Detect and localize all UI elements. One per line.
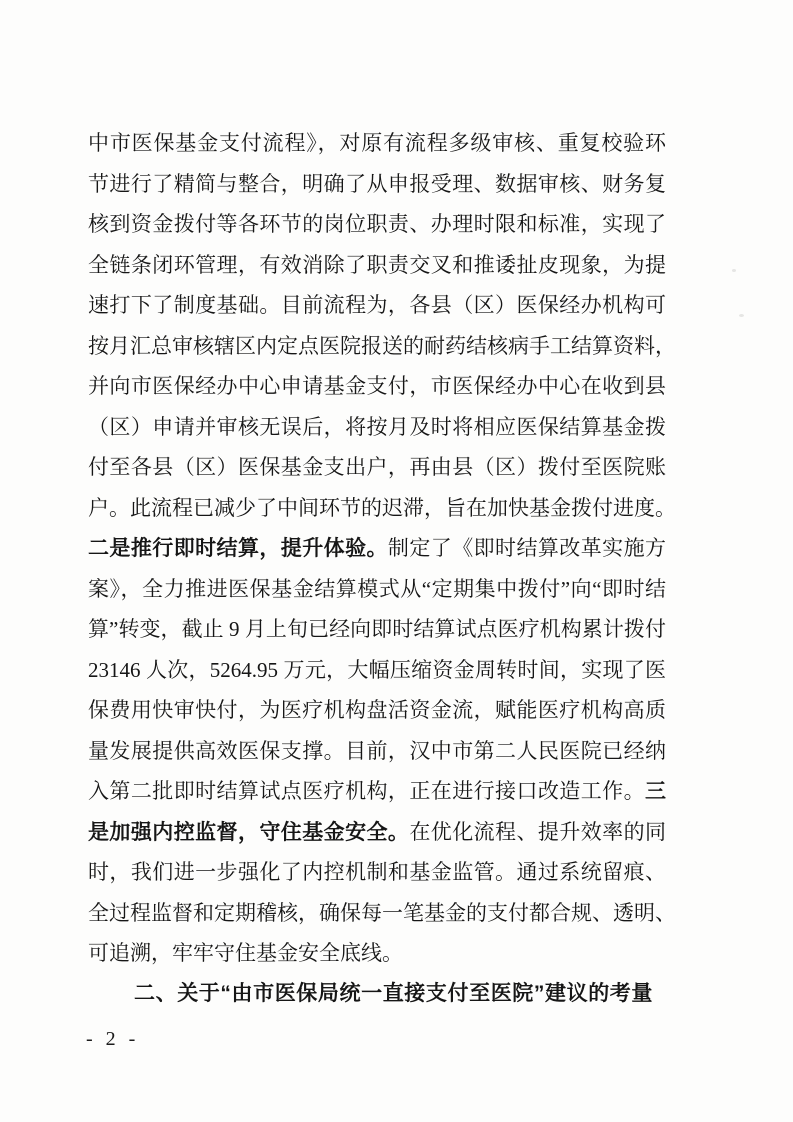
body-line: 全链条闭环管理，有效消除了职责交叉和推诿扯皮现象，为提	[88, 245, 666, 286]
body-text-segment: 23146 人次，5264.95 万元，大幅压缩资金周转时间，实现了医	[88, 658, 666, 682]
body-text-segment: 算”转变，截止 9 月上旬已经向即时结算试点医疗机构累计拨付	[88, 617, 666, 641]
body-text-segment: 核到资金拨付等各环节的岗位职责、办理时限和标准，实现了	[88, 212, 666, 236]
body-text-bold-segment: 二是推行即时结算，提升体验。	[88, 536, 388, 560]
body-text-segment: 入第二批即时结算试点医疗机构，正在进行接口改造工作。	[88, 779, 645, 803]
scan-speck	[739, 314, 744, 317]
body-text-bold-segment: 三	[645, 779, 666, 803]
body-text-segment: 保费用快审快付，为医疗机构盘活资金流，赋能医疗机构高质	[88, 698, 666, 722]
body-line: 速打下了制度基础。目前流程为，各县（区）医保经办机构可	[88, 285, 666, 326]
body-text-segment: 付至各县（区）医保基金支出户，再由县（区）拨付至医院账	[88, 455, 666, 479]
document-page: 中市医保基金支付流程》，对原有流程多级审核、重复校验环节进行了精简与整合，明确了…	[0, 0, 793, 1122]
body-line: 中市医保基金支付流程》，对原有流程多级审核、重复校验环	[88, 123, 666, 164]
body-text-segment: 在优化流程、提升效率的同	[409, 820, 666, 844]
section-heading: 二、关于“由市医保局统一直接支付至医院”建议的考量	[134, 974, 653, 1015]
body-text-segment: 时，我们进一步强化了内控机制和基金监管。通过系统留痕、	[88, 860, 666, 884]
body-text-segment: 制定了《即时结算改革实施方	[388, 536, 666, 560]
body-text-segment: 中市医保基金支付流程》，对原有流程多级审核、重复校验环	[88, 131, 666, 155]
body-text-segment: 按月汇总审核辖区内定点医院报送的耐药结核病手工结算资料，	[88, 334, 676, 358]
body-line: 全过程监督和定期稽核，确保每一笔基金的支付都合规、透明、	[88, 893, 666, 934]
body-text-segment: 可追溯，牢牢守住基金安全底线。	[88, 941, 403, 965]
body-line: 算”转变，截止 9 月上旬已经向即时结算试点医疗机构累计拨付	[88, 609, 666, 650]
scan-speck	[732, 269, 736, 272]
body-line: 量发展提供高效医保支撑。目前，汉中市第二人民医院已经纳	[88, 731, 666, 772]
body-text-segment: 并向市医保经办中心申请基金支付，市医保经办中心在收到县	[88, 374, 666, 398]
body-text-segment: （区）申请并审核无误后，将按月及时将相应医保结算基金拨	[88, 415, 666, 439]
body-line: 案》，全力推进医保基金结算模式从“定期集中拨付”向“即时结	[88, 569, 666, 610]
body-line: 并向市医保经办中心申请基金支付，市医保经办中心在收到县	[88, 366, 666, 407]
body-line: 按月汇总审核辖区内定点医院报送的耐药结核病手工结算资料，	[88, 326, 666, 367]
body-line: 核到资金拨付等各环节的岗位职责、办理时限和标准，实现了	[88, 204, 666, 245]
body-text-segment: 户。此流程已减少了中间环节的迟滞，旨在加快基金拨付进度。	[88, 496, 676, 520]
body-paragraph: 中市医保基金支付流程》，对原有流程多级审核、重复校验环节进行了精简与整合，明确了…	[88, 123, 666, 974]
body-line: 是加强内控监督，守住基金安全。在优化流程、提升效率的同	[88, 812, 666, 853]
body-text-segment: 全过程监督和定期稽核，确保每一笔基金的支付都合规、透明、	[88, 901, 676, 925]
body-line: 户。此流程已减少了中间环节的迟滞，旨在加快基金拨付进度。	[88, 488, 666, 529]
body-text-segment: 全链条闭环管理，有效消除了职责交叉和推诿扯皮现象，为提	[88, 253, 666, 277]
body-text-bold-segment: 是加强内控监督，守住基金安全。	[88, 820, 409, 844]
body-text-segment: 案》，全力推进医保基金结算模式从“定期集中拨付”向“即时结	[88, 577, 666, 601]
body-line: 二是推行即时结算，提升体验。制定了《即时结算改革实施方	[88, 528, 666, 569]
body-text-segment: 量发展提供高效医保支撑。目前，汉中市第二人民医院已经纳	[88, 739, 666, 763]
body-line: （区）申请并审核无误后，将按月及时将相应医保结算基金拨	[88, 407, 666, 448]
body-line: 可追溯，牢牢守住基金安全底线。	[88, 933, 666, 974]
body-line: 节进行了精简与整合，明确了从申报受理、数据审核、财务复	[88, 164, 666, 205]
body-text-segment: 节进行了精简与整合，明确了从申报受理、数据审核、财务复	[88, 172, 666, 196]
body-line: 时，我们进一步强化了内控机制和基金监管。通过系统留痕、	[88, 852, 666, 893]
body-line: 入第二批即时结算试点医疗机构，正在进行接口改造工作。三	[88, 771, 666, 812]
page-number: - 2 -	[86, 1028, 139, 1051]
body-line: 保费用快审快付，为医疗机构盘活资金流，赋能医疗机构高质	[88, 690, 666, 731]
body-line: 付至各县（区）医保基金支出户，再由县（区）拨付至医院账	[88, 447, 666, 488]
body-text-segment: 速打下了制度基础。目前流程为，各县（区）医保经办机构可	[88, 293, 666, 317]
body-line: 23146 人次，5264.95 万元，大幅压缩资金周转时间，实现了医	[88, 650, 666, 691]
